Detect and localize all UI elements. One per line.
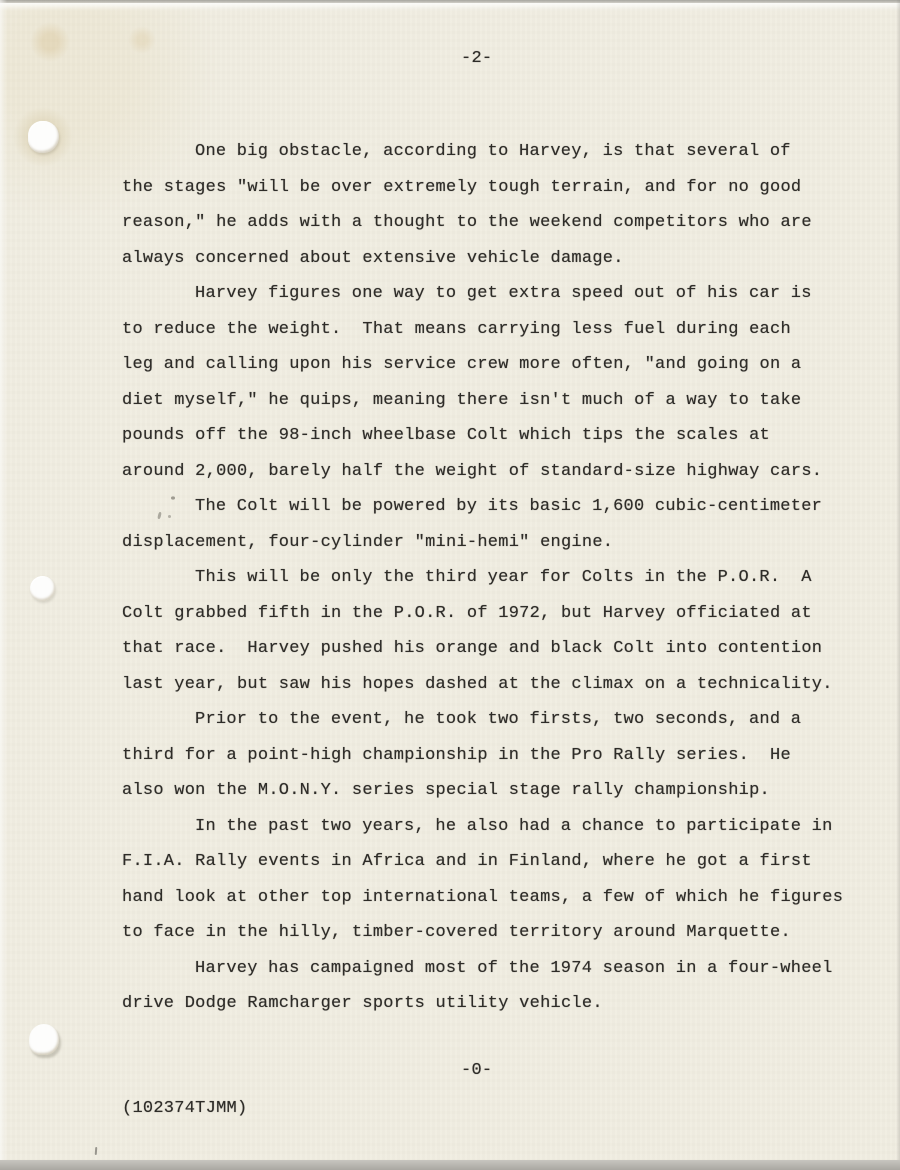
text-line: diet myself," he quips, meaning there is… — [122, 383, 882, 419]
text-line: Prior to the event, he took two firsts, … — [122, 702, 882, 738]
text-line: In the past two years, he also had a cha… — [122, 809, 882, 845]
text-line: last year, but saw his hopes dashed at t… — [122, 667, 882, 703]
text-line: F.I.A. Rally events in Africa and in Fin… — [122, 844, 882, 880]
text-line: to reduce the weight. That means carryin… — [122, 312, 882, 348]
document-body: One big obstacle, according to Harvey, i… — [122, 134, 882, 1022]
text-line: This will be only the third year for Col… — [122, 560, 882, 596]
pencil-mark — [168, 515, 171, 518]
text-line: Colt grabbed fifth in the P.O.R. of 1972… — [122, 596, 882, 632]
text-line: drive Dodge Ramcharger sports utility ve… — [122, 986, 882, 1022]
punch-hole-bottom — [29, 1024, 59, 1055]
text-line: also won the M.O.N.Y. series special sta… — [122, 773, 882, 809]
text-line: Harvey figures one way to get extra spee… — [122, 276, 882, 312]
stray-pen-mark — [95, 1147, 98, 1155]
text-line: leg and calling upon his service crew mo… — [122, 347, 882, 383]
text-line: the stages "will be over extremely tough… — [122, 170, 882, 206]
page-number: -2- — [461, 49, 492, 68]
scan-edge-top-highlight — [0, 3, 900, 11]
text-line: One big obstacle, according to Harvey, i… — [122, 134, 882, 170]
scan-edge-bottom — [0, 1160, 900, 1170]
text-line: that race. Harvey pushed his orange and … — [122, 631, 882, 667]
punch-hole-top — [28, 121, 59, 153]
footer-reference-code: (102374TJMM) — [122, 1099, 247, 1118]
text-line: displacement, four-cylinder "mini-hemi" … — [122, 525, 882, 561]
text-line: The Colt will be powered by its basic 1,… — [122, 489, 882, 525]
scan-edge-right — [896, 0, 900, 1170]
end-of-release-marker: -0- — [461, 1061, 492, 1080]
text-line: around 2,000, barely half the weight of … — [122, 454, 882, 490]
text-line: pounds off the 98-inch wheelbase Colt wh… — [122, 418, 882, 454]
text-line: third for a point-high championship in t… — [122, 738, 882, 774]
text-line: hand look at other top international tea… — [122, 880, 882, 916]
text-line: always concerned about extensive vehicle… — [122, 241, 882, 277]
pencil-mark — [171, 496, 175, 499]
text-line: to face in the hilly, timber-covered ter… — [122, 915, 882, 951]
scan-edge-left — [0, 0, 7, 1170]
text-line: reason," he adds with a thought to the w… — [122, 205, 882, 241]
scanned-page: -2- One big obstacle, according to Harve… — [0, 0, 900, 1170]
punch-hole-middle — [30, 576, 55, 601]
text-line: Harvey has campaigned most of the 1974 s… — [122, 951, 882, 987]
